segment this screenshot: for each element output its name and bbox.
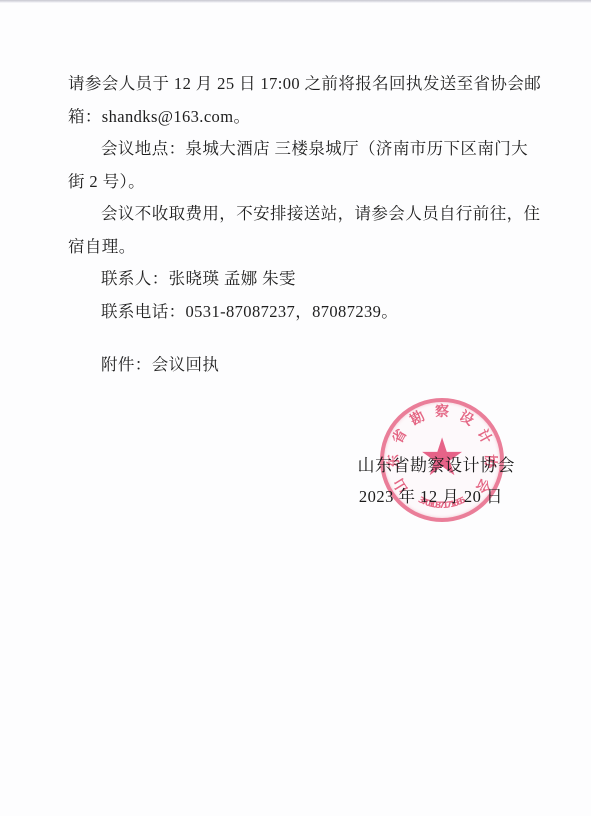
signature-date: 2023 年 12 月 20 日 (359, 483, 503, 507)
body-line-7: 联系人：张晓瑛 孟娜 朱雯 (68, 263, 538, 296)
seal-ring-char: 察 (433, 404, 451, 422)
scan-edge-artifact (0, 0, 591, 3)
body-line-6: 宿自理。 (68, 231, 538, 264)
attachment-line: 附件：会议回执 (68, 349, 538, 382)
body-line-1: 请参会人员于 12 月 25 日 17:00 之前将报名回执发送至省协会邮 (68, 68, 538, 101)
signature-org: 山东省勘察设计协会 (358, 451, 516, 476)
notice-body: 请参会人员于 12 月 25 日 17:00 之前将报名回执发送至省协会邮 箱：… (68, 68, 538, 382)
scanned-notice-page: 请参会人员于 12 月 25 日 17:00 之前将报名回执发送至省协会邮 箱：… (0, 0, 591, 816)
body-line-4: 街 2 号）。 (68, 166, 538, 199)
body-line-2: 箱：shandks@163.com。 (68, 101, 538, 134)
body-line-8: 联系电话：0531-87087237，87087239。 (68, 296, 538, 329)
body-line-5: 会议不收取费用，不安排接送站，请参会人员自行前往，住 (68, 198, 538, 231)
body-line-3: 会议地点：泉城大酒店 三楼泉城厅（济南市历下区南门大 (68, 133, 538, 166)
